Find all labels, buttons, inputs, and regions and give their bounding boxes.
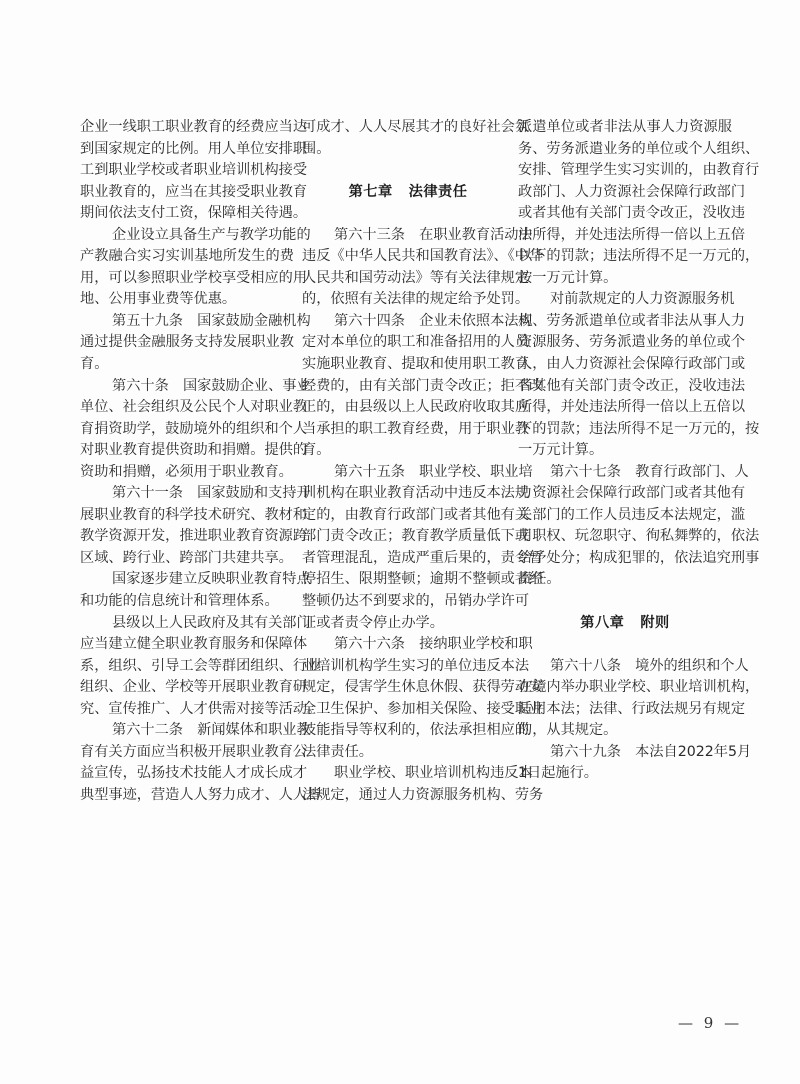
text-line: 适用本法；法律、行政法规另有规定 — [518, 699, 732, 721]
text-line: 资助和捐赠，必须用于职业教育。 — [80, 462, 294, 484]
text-line: 职业教育的，应当在其接受职业教育 — [80, 182, 294, 204]
text-line: 可成才、人人尽展其才的良好社会氛 — [302, 117, 514, 139]
text-line: 通过提供金融服务支持发展职业教 — [80, 332, 294, 354]
text-line: 教学资源开发，推进职业教育资源跨 — [80, 526, 294, 548]
text-line: 给予处分；构成犯罪的，依法追究刑事 — [518, 548, 732, 570]
blank-line — [302, 160, 514, 182]
text-line: 者管理混乱，造成严重后果的，责令暂 — [302, 548, 514, 570]
text-line: 整顿仍达不到要求的，吊销办学许可 — [302, 591, 514, 613]
text-line: 所得，并处违法所得一倍以上五倍以 — [518, 397, 732, 419]
text-line: 全卫生保护、参加相关保险、接受职业 — [302, 699, 514, 721]
text-line: 资源服务、劳务派遣业务的单位或个 — [518, 332, 732, 354]
text-line: 法规定，通过人力资源服务机构、劳务 — [302, 785, 514, 807]
paragraph-first-line: 第六十三条 在职业教育活动中 — [302, 225, 514, 247]
text-line: 定的，由教育行政部门或者其他有关 — [302, 505, 514, 527]
text-line: 期间依法支付工资，保障相关待遇。 — [80, 203, 294, 225]
text-line: 违反《中华人民共和国教育法》、《中华 — [302, 246, 514, 268]
paragraph-first-line: 第六十七条 教育行政部门、人 — [518, 462, 732, 484]
text-line: 产教融合实习实训基地所发生的费 — [80, 246, 294, 268]
text-line: 用职权、玩忽职守、徇私舞弊的，依法 — [518, 526, 732, 548]
text-line: 的，从其规定。 — [518, 720, 732, 742]
paragraph-first-line: 第六十九条 本法自2022年5月 — [518, 742, 732, 764]
paragraph-first-line: 第六十五条 职业学校、职业培 — [302, 462, 514, 484]
text-line: 典型事迹，营造人人努力成才、人人皆 — [80, 785, 294, 807]
text-line: 业培训机构学生实习的单位违反本法 — [302, 656, 514, 678]
text-line: 下的罚款；违法所得不足一万元的，按 — [518, 419, 732, 441]
text-line: 派遣单位或者非法从事人力资源服 — [518, 117, 732, 139]
blank-line — [518, 634, 732, 656]
chapter-heading: 第八章附则 — [518, 613, 732, 635]
text-line: 工到职业学校或者职业培训机构接受 — [80, 160, 294, 182]
text-line: 定对本单位的职工和准备招用的人员 — [302, 332, 514, 354]
paragraph-first-line: 县级以上人民政府及其有关部门 — [80, 613, 294, 635]
text-line: 单位、社会组织及公民个人对职业教 — [80, 397, 294, 419]
paragraph-first-line: 第六十条 国家鼓励企业、事业 — [80, 376, 294, 398]
text-line: 一万元计算。 — [518, 440, 732, 462]
chapter-title: 法律责任 — [409, 184, 468, 200]
text-line: 安排、管理学生实习实训的，由教育行 — [518, 160, 732, 182]
text-line: 正的，由县级以上人民政府收取其应 — [302, 397, 514, 419]
text-line: 人，由人力资源社会保障行政部门或 — [518, 354, 732, 376]
text-line: 企业一线职工职业教育的经费应当达 — [80, 117, 294, 139]
text-line: 法所得，并处违法所得一倍以上五倍 — [518, 225, 732, 247]
paragraph-first-line: 第六十四条 企业未依照本法规 — [302, 311, 514, 333]
text-line: 在境内举办职业学校、职业培训机构， — [518, 677, 732, 699]
paragraph-first-line: 对前款规定的人力资源服务机 — [518, 289, 732, 311]
text-line: 育。 — [80, 354, 294, 376]
text-line: 实施职业教育、提取和使用职工教育 — [302, 354, 514, 376]
text-line: 展职业教育的科学技术研究、教材和 — [80, 505, 294, 527]
paragraph-first-line: 企业设立具备生产与教学功能的 — [80, 225, 294, 247]
text-line: 法律责任。 — [302, 742, 514, 764]
text-line: 停招生、限期整顿；逾期不整顿或者经 — [302, 569, 514, 591]
text-line: 对职业教育提供资助和捐赠。提供的 — [80, 440, 294, 462]
paragraph-first-line: 第六十二条 新闻媒体和职业教 — [80, 720, 294, 742]
text-line: 用，可以参照职业学校享受相应的用 — [80, 268, 294, 290]
chapter-number: 第八章 — [580, 615, 624, 631]
document-page: 企业一线职工职业教育的经费应当达到国家规定的比例。用人单位安排职工到职业学校或者… — [0, 0, 800, 1084]
text-line: 益宣传，弘扬技术技能人才成长成才 — [80, 763, 294, 785]
text-line: 应当建立健全职业教育服务和保障体 — [80, 634, 294, 656]
chapter-heading: 第七章法律责任 — [302, 182, 514, 204]
text-line: 经费的，由有关部门责令改正；拒不改 — [302, 376, 514, 398]
text-line: 技能指导等权利的，依法承担相应的 — [302, 720, 514, 742]
blank-line — [302, 203, 514, 225]
text-line: 育捐资助学，鼓励境外的组织和个人 — [80, 419, 294, 441]
blank-line — [518, 591, 732, 613]
paragraph-first-line: 第五十九条 国家鼓励金融机构 — [80, 311, 294, 333]
text-line: 育。 — [302, 440, 514, 462]
text-line: 区域、跨行业、跨部门共建共享。 — [80, 548, 294, 570]
text-line: 规定，侵害学生休息休假、获得劳动安 — [302, 677, 514, 699]
text-line: 构、劳务派遣单位或者非法从事人力 — [518, 311, 732, 333]
text-line: 和功能的信息统计和管理体系。 — [80, 591, 294, 613]
text-line: 务、劳务派遣业务的单位或个人组织、 — [518, 139, 732, 161]
page-number: — 9 — — [678, 1014, 742, 1032]
text-line: 育有关方面应当积极开展职业教育公 — [80, 742, 294, 764]
chapter-title: 附则 — [640, 615, 669, 631]
text-line: 的，依照有关法律的规定给予处罚。 — [302, 289, 514, 311]
text-line: 责任。 — [518, 569, 732, 591]
text-line: 以下的罚款；违法所得不足一万元的， — [518, 246, 732, 268]
text-line: 关部门的工作人员违反本法规定，滥 — [518, 505, 732, 527]
text-column-left: 企业一线职工职业教育的经费应当达到国家规定的比例。用人单位安排职工到职业学校或者… — [80, 117, 294, 807]
paragraph-first-line: 职业学校、职业培训机构违反本 — [302, 763, 514, 785]
text-line: 证或者责令停止办学。 — [302, 613, 514, 635]
paragraph-first-line: 国家逐步建立反映职业教育特点 — [80, 569, 294, 591]
text-line: 人民共和国劳动法》等有关法律规定 — [302, 268, 514, 290]
text-line: 地、公用事业费等优惠。 — [80, 289, 294, 311]
text-line: 按一万元计算。 — [518, 268, 732, 290]
text-column-middle: 可成才、人人尽展其才的良好社会氛围。第七章法律责任第六十三条 在职业教育活动中违… — [302, 117, 514, 807]
text-line: 究、宣传推广、人才供需对接等活动。 — [80, 699, 294, 721]
paragraph-first-line: 第六十八条 境外的组织和个人 — [518, 656, 732, 678]
text-line: 力资源社会保障行政部门或者其他有 — [518, 483, 732, 505]
chapter-number: 第七章 — [349, 184, 393, 200]
text-column-right: 派遣单位或者非法从事人力资源服务、劳务派遣业务的单位或个人组织、安排、管理学生实… — [518, 117, 732, 785]
text-line: 或者其他有关部门责令改正，没收违 — [518, 203, 732, 225]
text-line: 1日起施行。 — [518, 763, 732, 785]
text-line: 到国家规定的比例。用人单位安排职 — [80, 139, 294, 161]
paragraph-first-line: 第六十六条 接纳职业学校和职 — [302, 634, 514, 656]
text-line: 训机构在职业教育活动中违反本法规 — [302, 483, 514, 505]
text-line: 围。 — [302, 139, 514, 161]
paragraph-first-line: 第六十一条 国家鼓励和支持开 — [80, 483, 294, 505]
text-line: 政部门、人力资源社会保障行政部门 — [518, 182, 732, 204]
text-line: 者其他有关部门责令改正，没收违法 — [518, 376, 732, 398]
text-line: 组织、企业、学校等开展职业教育研 — [80, 677, 294, 699]
text-line: 当承担的职工教育经费，用于职业教 — [302, 419, 514, 441]
text-line: 系，组织、引导工会等群团组织、行业 — [80, 656, 294, 678]
text-line: 部门责令改正；教育教学质量低下或 — [302, 526, 514, 548]
